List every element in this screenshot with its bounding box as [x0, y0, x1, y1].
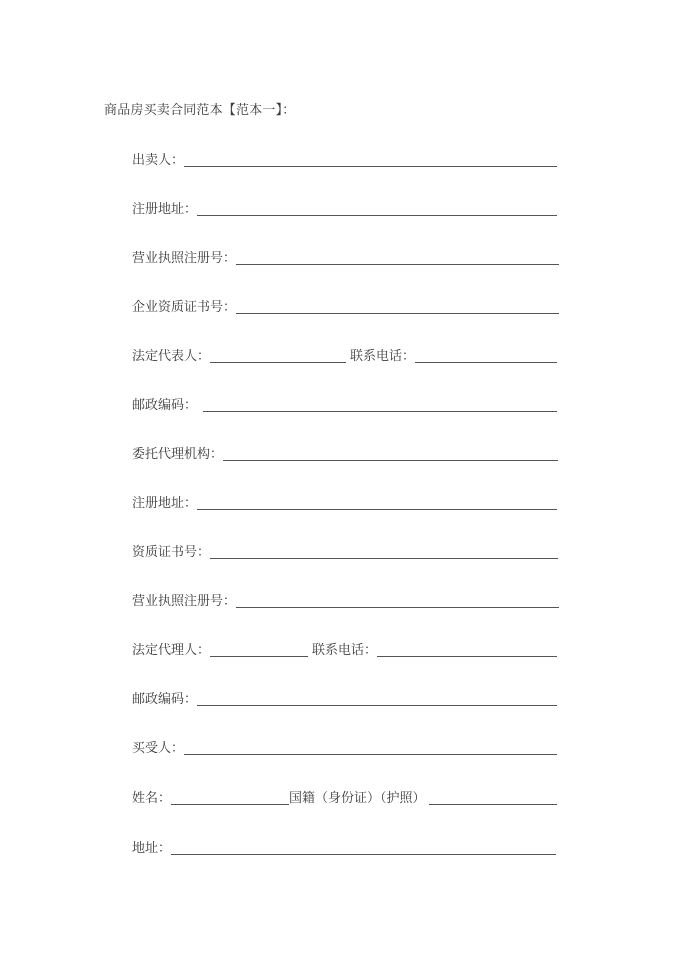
legal-representative-field[interactable] — [210, 348, 346, 363]
legal-agent-field[interactable] — [210, 642, 308, 657]
phone-field[interactable] — [415, 348, 557, 363]
qualification-cert-field[interactable] — [236, 299, 559, 314]
field-label: 联系电话： — [312, 642, 377, 660]
field-label: 委托代理机构： — [132, 446, 223, 464]
name-field[interactable] — [171, 790, 289, 805]
field-label: 注册地址： — [132, 201, 197, 219]
form-row-name: 姓名： 国籍（身份证）（护照） — [132, 790, 557, 808]
form-row-agency-license: 营业执照注册号： — [132, 593, 559, 611]
agency-cert-field[interactable] — [210, 544, 558, 559]
form-row-agency-postal-code: 邮政编码： — [132, 691, 557, 709]
agency-field[interactable] — [223, 446, 558, 461]
form-row-legal-representative: 法定代表人： 联系电话： — [132, 348, 557, 366]
field-label: 法定代表人： — [132, 348, 210, 366]
form-row-postal-code: 邮政编码： — [132, 397, 557, 415]
form-row-qualification-cert: 企业资质证书号： — [132, 299, 559, 317]
form-row-seller: 出卖人： — [132, 152, 557, 170]
field-label: 注册地址： — [132, 495, 197, 513]
field-label: 邮政编码： — [132, 691, 197, 709]
form-row-agency-address: 注册地址： — [132, 495, 557, 513]
form-row-agency-cert: 资质证书号： — [132, 544, 558, 562]
form-row-legal-agent: 法定代理人： 联系电话： — [132, 642, 557, 660]
form-row-address: 地址： — [132, 840, 556, 858]
field-label: 地址： — [132, 840, 171, 858]
business-license-field[interactable] — [236, 250, 559, 265]
postal-code-field[interactable] — [203, 397, 557, 412]
form-row-registered-address: 注册地址： — [132, 201, 557, 219]
field-label: 营业执照注册号： — [132, 593, 236, 611]
buyer-field[interactable] — [184, 740, 557, 755]
field-label: 买受人： — [132, 740, 184, 758]
agency-postal-code-field[interactable] — [197, 691, 557, 706]
field-label: 企业资质证书号： — [132, 299, 236, 317]
field-label: 邮政编码： — [132, 397, 197, 415]
registered-address-field[interactable] — [197, 201, 557, 216]
form-row-business-license: 营业执照注册号： — [132, 250, 559, 268]
agency-license-field[interactable] — [236, 593, 559, 608]
seller-field[interactable] — [184, 152, 557, 167]
nationality-id-field[interactable] — [429, 790, 557, 805]
form-row-buyer: 买受人： — [132, 740, 557, 758]
agent-phone-field[interactable] — [377, 642, 557, 657]
form-row-agency: 委托代理机构： — [132, 446, 558, 464]
document-title: 商品房买卖合同范本【范本一】： — [104, 102, 296, 120]
field-label: 资质证书号： — [132, 544, 210, 562]
field-label: 营业执照注册号： — [132, 250, 236, 268]
agency-address-field[interactable] — [197, 495, 557, 510]
field-label: 国籍（身份证）（护照） — [289, 790, 426, 808]
field-label: 联系电话： — [350, 348, 415, 366]
field-label: 姓名： — [132, 790, 171, 808]
field-label: 出卖人： — [132, 152, 184, 170]
address-field[interactable] — [171, 840, 556, 855]
field-label: 法定代理人： — [132, 642, 210, 660]
